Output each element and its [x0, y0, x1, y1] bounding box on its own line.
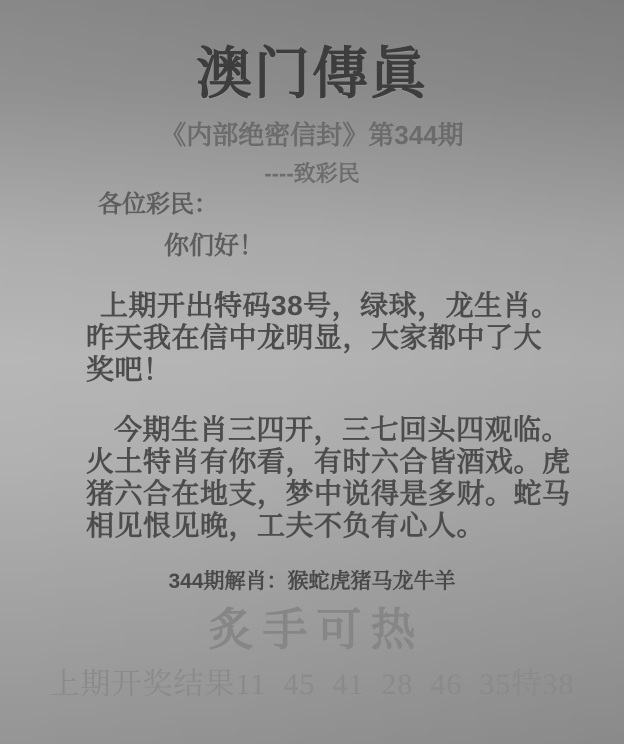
previous-results-line: 上期开奖结果11 45 41 28 46 35特38	[0, 668, 624, 702]
hot-phrase: 炙手可热	[0, 604, 624, 656]
greeting: 你们好！	[164, 232, 624, 260]
dedication-line: ----致彩民	[0, 162, 624, 186]
body-paragraph-1: 上期开出特码38号，绿球，龙生肖。 昨天我在信中龙明显，大家都中了大 奖吧！	[86, 290, 588, 386]
zodiac-hint-line: 344期解肖：猴蛇虎猪马龙牛羊	[0, 570, 624, 594]
fax-title: 澳门傳眞	[0, 0, 624, 106]
paragraph-line: 上期开出特码38号，绿球，龙生肖。	[86, 290, 588, 322]
salutation: 各位彩民：	[98, 192, 624, 218]
paragraph-line: 今期生肖三四开，三七回头四观临。	[86, 414, 588, 446]
issue-subtitle: 《内部绝密信封》第344期	[0, 120, 624, 150]
body-paragraph-2: 今期生肖三四开，三七回头四观临。 火土特肖有你看，有时六合皆酒戏。虎 猪六合在地…	[86, 414, 588, 542]
paragraph-line: 相见恨见晚，工夫不负有心人。	[86, 510, 588, 542]
fax-page: 澳门傳眞 《内部绝密信封》第344期 ----致彩民 各位彩民： 你们好！ 上期…	[0, 0, 624, 744]
paragraph-line: 奖吧！	[86, 354, 588, 386]
paragraph-line: 猪六合在地支，梦中说得是多财。蛇马	[86, 478, 588, 510]
paragraph-line: 火土特肖有你看，有时六合皆酒戏。虎	[86, 446, 588, 478]
paragraph-line: 昨天我在信中龙明显，大家都中了大	[86, 322, 588, 354]
